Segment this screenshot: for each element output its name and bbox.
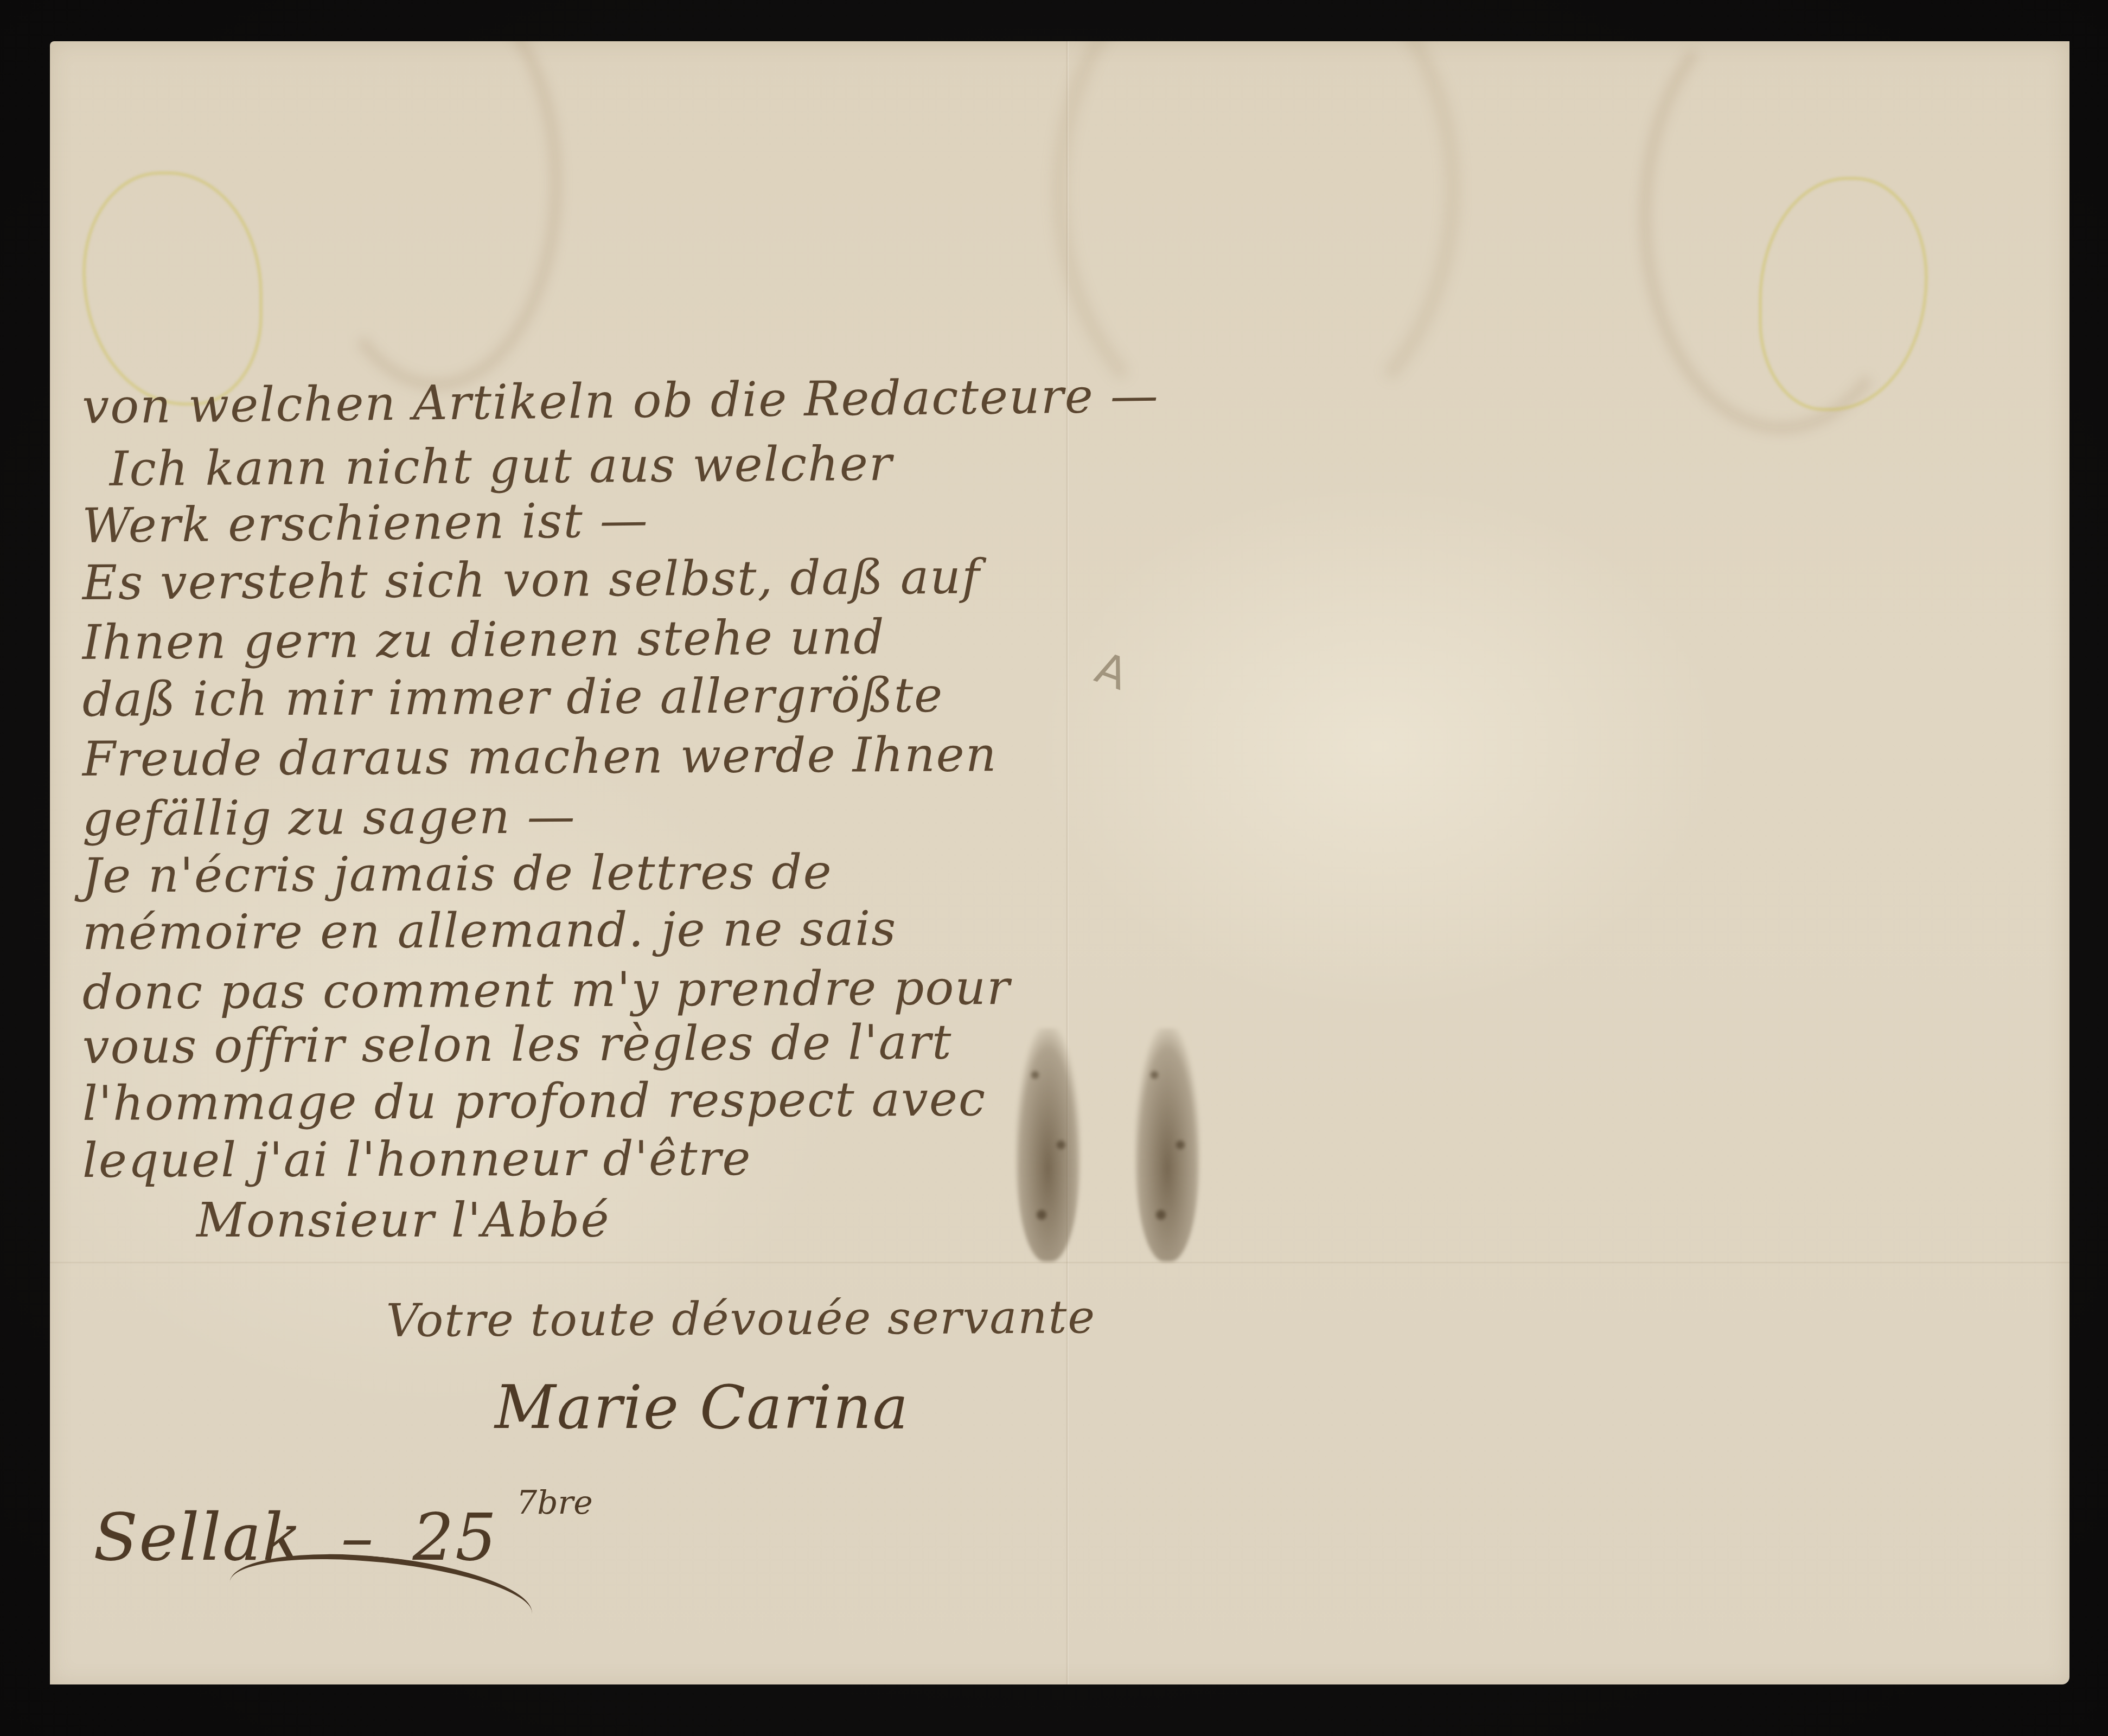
- horizontal-crease: [50, 1261, 2069, 1264]
- letter-line-7: Freude daraus machen werde Ihnen: [82, 731, 998, 783]
- water-stain-right: [1639, 41, 1924, 434]
- letter-sheet: von welchen Artikeln ob die Redacteure —…: [50, 41, 2069, 1684]
- letter-line-13: l'hommage du profond respect avec: [82, 1075, 987, 1128]
- yellow-stain-right: [1759, 177, 1928, 411]
- water-stain-left: [310, 41, 562, 390]
- center-fold: [1066, 41, 1069, 1684]
- date-month: 7bre: [516, 1484, 593, 1522]
- foxing-stain: [980, 963, 1251, 1267]
- foxing-blot-left: [1015, 1028, 1081, 1261]
- letter-line-8: gefällig zu sagen —: [82, 792, 576, 843]
- yellow-stain-left: [82, 171, 263, 406]
- salutation: Monsieur l'Abbé: [196, 1196, 610, 1244]
- letter-line-14: lequel j'ai l'honneur d'être: [82, 1135, 752, 1184]
- letter-line-12: vous offrir selon les règles de l'art: [82, 1018, 953, 1071]
- letter-line-5: Ihnen gern zu dienen stehe und: [82, 613, 885, 667]
- letter-line-1: von welchen Artikeln ob die Redacteure —: [82, 371, 1159, 431]
- signature: Marie Carina: [495, 1373, 909, 1442]
- closing-phrase: Votre toute dévouée servante: [386, 1290, 1096, 1347]
- letter-line-4: Es versteht sich von selbst, daß auf: [82, 553, 980, 607]
- letter-line-10: mémoire en allemand. je ne sais: [82, 905, 897, 957]
- letter-line-11: donc pas comment m'y prendre pour: [82, 964, 1011, 1016]
- foxing-blot-right: [1135, 1028, 1200, 1261]
- letter-line-2: Ich kann nicht gut aus welcher: [109, 440, 893, 493]
- letter-line-9: Je n'écris jamais de lettres de: [82, 848, 833, 900]
- pencil-annotation: A: [1089, 642, 1134, 700]
- letter-line-3: Werk erschienen ist —: [82, 496, 649, 550]
- letter-line-6: daß ich mir immer die allergrößte: [82, 671, 944, 723]
